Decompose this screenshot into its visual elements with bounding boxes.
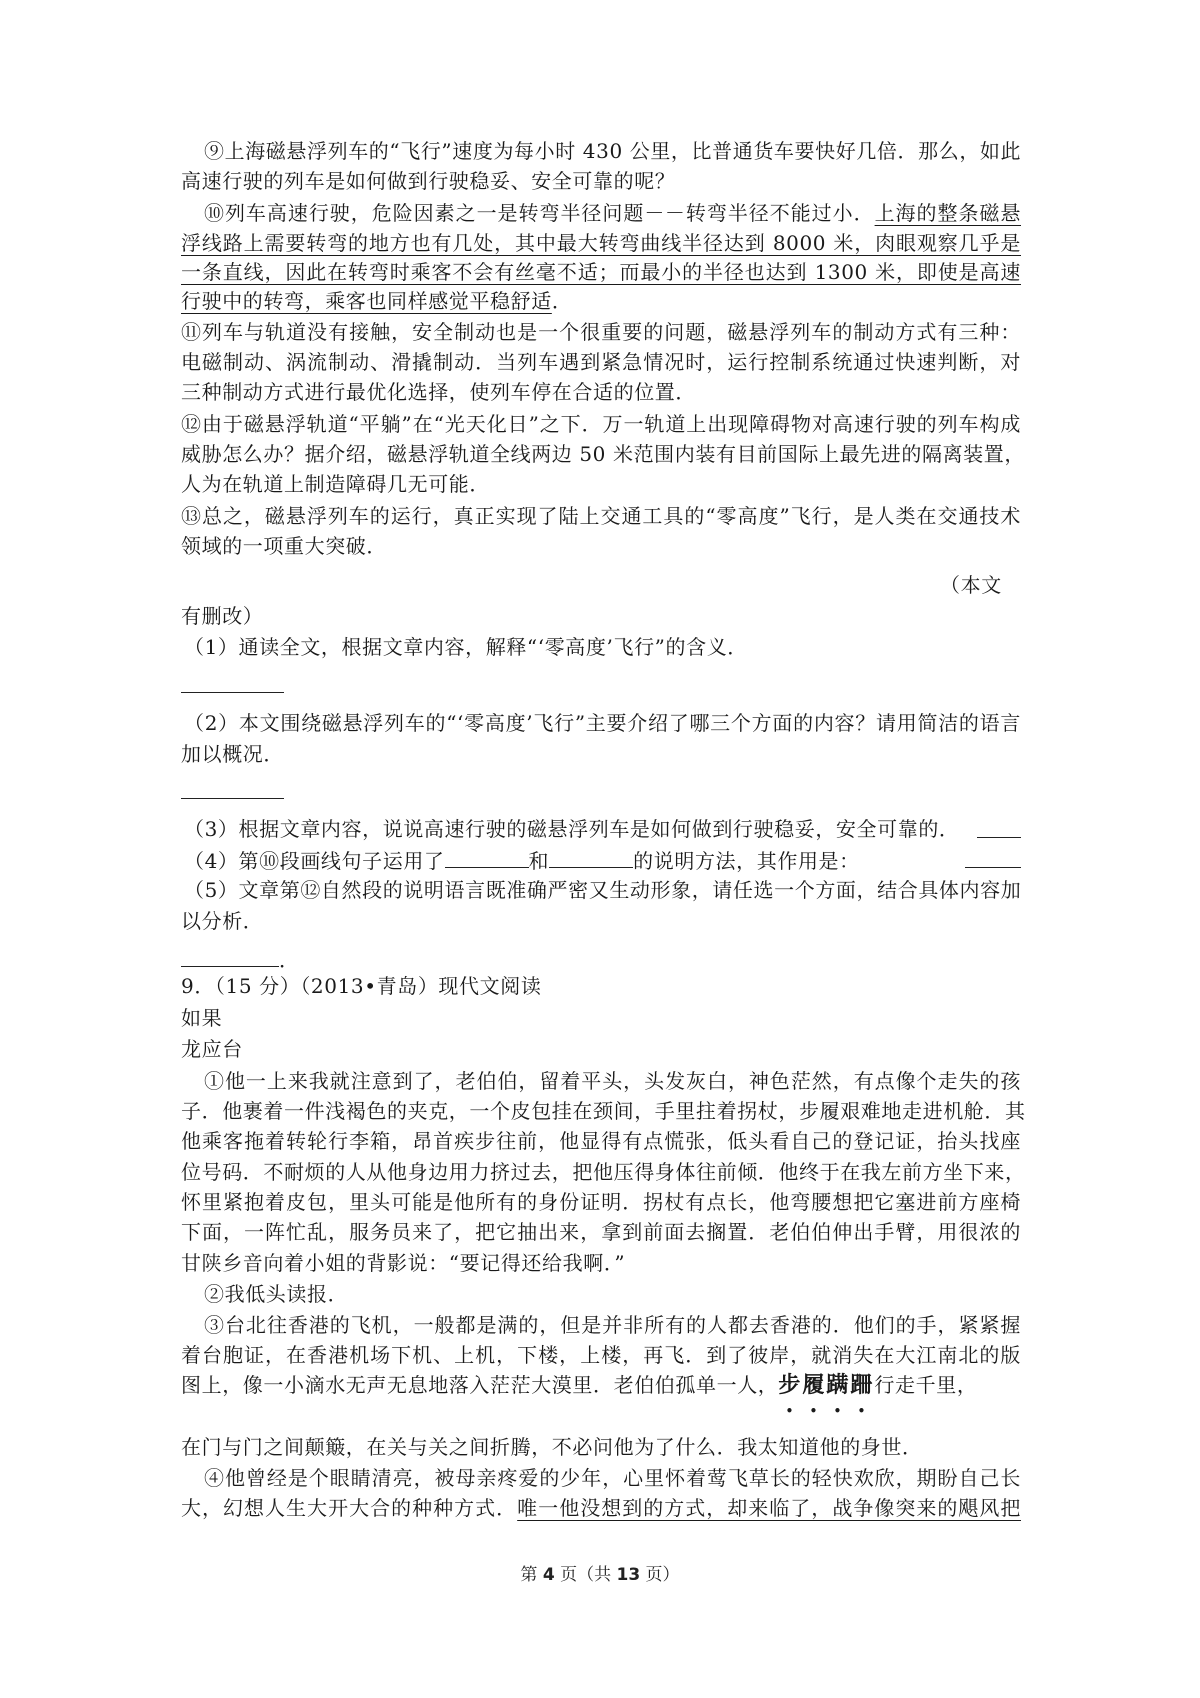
q9-paragraph-3-line-1: ③台北往香港的飞机，一般都是满的，但是并非所有的人都去香港的．他们的手，紧紧握: [204, 1311, 1021, 1339]
paragraph-12-line-1: ⑫由于磁悬浮轨道“平躺”在“光天化日”之下．万一轨道上出现障碍物对高速行驶的列车…: [181, 410, 1021, 438]
paragraph-10-line-2: 浮线路上需要转弯的地方也有几处，其中最大转弯曲线半径达到 8000 米，肉眼观察…: [181, 229, 1021, 257]
q9-paragraph-3-line-4: 在门与门之间颠簸，在关与关之间折腾，不必问他为了什么．我太知道他的身世．: [181, 1433, 1021, 1461]
question-4-text-b: 和: [529, 849, 550, 873]
paragraph-10-line-3: 一条直线，因此在转弯时乘客不会有丝毫不适；而最小的半径也达到 1300 米，即使…: [181, 258, 1021, 286]
q9-paragraph-1-line-5: 怀里紧抱着皮包，里头可能是他所有的身份证明．拐杖有点长，他弯腰想把它塞进前方座椅: [181, 1188, 1021, 1216]
q9-paragraph-3-line-2: 着台胞证，在香港机场下机、上机，下楼，上楼，再飞．到了彼岸，就消失在大江南北的版: [181, 1341, 1021, 1369]
question-2-line-1: （2）本文围绕磁悬浮列车的“‘零高度’飞行”主要介绍了哪三个方面的内容？请用简洁…: [184, 709, 1021, 737]
period: ．: [552, 289, 573, 313]
emphasis-dots: ••••: [778, 1406, 874, 1416]
paragraph-11-line-3: 三种制动方式进行最优化选择，使列车停在合适的位置．: [181, 378, 1021, 406]
question-3-text: （3）根据文章内容，说说高速行驶的磁悬浮列车是如何做到行驶稳妥，安全可靠的．: [184, 817, 960, 841]
q9-paragraph-3-text: 图上，像一小滴水无声无息地落入茫茫大漠里．老伯伯孤单一人，: [181, 1373, 778, 1397]
q9-paragraph-1-line-2: 子．他裹着一件浅褐色的夹克，一个皮包挂在颈间，手里拄着拐杖，步履艰难地走进机舱．…: [181, 1097, 1021, 1125]
question-9-header: 9．（15 分）（2013•青岛）现代文阅读: [181, 972, 1021, 1000]
emphasized-text: 步履蹒跚: [778, 1373, 874, 1398]
article-author: 龙应台: [181, 1035, 1021, 1063]
paragraph-11-line-1: ⑪列车与轨道没有接触，安全制动也是一个很重要的问题，磁悬浮列车的制动方式有三种：: [181, 318, 1021, 346]
answer-blank-3[interactable]: [977, 815, 1021, 838]
paragraph-11-line-2: 电磁制动、涡流制动、滑撬制动．当列车遇到紧急情况时，运行控制系统通过快速判断，对: [181, 348, 1021, 376]
q9-paragraph-1-line-3: 他乘客拖着转轮行李箱，昂首疾步往前，他显得有点慌张，低头看自己的登记证，抬头找座: [181, 1127, 1021, 1155]
paragraph-12-line-3: 人为在轨道上制造障碍几无可能．: [181, 470, 1021, 498]
question-4-text-c: 的说明方法，其作用是：: [633, 849, 860, 873]
answer-blank-2[interactable]: [181, 776, 1021, 806]
question-3: （3）根据文章内容，说说高速行驶的磁悬浮列车是如何做到行驶稳妥，安全可靠的．: [184, 815, 1021, 843]
emphasis-dot-icon: •: [810, 1406, 820, 1416]
q9-paragraph-1-line-4: 位号码．不耐烦的人从他身边用力挤过去，把他压得身体往前倾．他终于在我左前方坐下来…: [181, 1158, 1021, 1186]
underlined-sentence: 唯一他没想到的方式，却来临了，战争像突来的飓风把: [517, 1496, 1021, 1520]
q9-paragraph-1-line-1: ①他一上来我就注意到了，老伯伯，留着平头，头发灰白，神色茫然，有点像个走失的孩: [204, 1067, 1021, 1095]
question-2-line-2: 加以概况．: [181, 740, 1021, 768]
answer-blank-5[interactable]: ．: [181, 944, 1021, 974]
emphasis-dot-icon: •: [786, 1406, 796, 1416]
paragraph-10-line-4: 行驶中的转弯，乘客也同样感觉平稳舒适．: [181, 287, 1021, 315]
q9-paragraph-1-line-7: 甘陕乡音向着小姐的背影说：“要记得还给我啊．”: [181, 1249, 1021, 1277]
q9-paragraph-3-line-3: 图上，像一小滴水无声无息地落入茫茫大漠里．老伯伯孤单一人，步履蹒跚••••行走千…: [181, 1371, 1021, 1400]
q9-paragraph-4-text: 大，幻想人生大开大合的种种方式．: [181, 1496, 517, 1520]
footer-suffix: 页）: [640, 1565, 679, 1585]
paragraph-13-line-1: ⑬总之，磁悬浮列车的运行，真正实现了陆上交通工具的“零高度”飞行，是人类在交通技…: [181, 502, 1021, 530]
emphasis-dot-icon: •: [834, 1406, 844, 1416]
answer-blank-4b[interactable]: [549, 845, 633, 868]
question-1: （1）通读全文，根据文章内容，解释“‘零高度’飞行”的含义．: [184, 633, 1024, 661]
paragraph-9-line-1: ⑨上海磁悬浮列车的“飞行”速度为每小时 430 公里，比普通货车要快好几倍．那么…: [204, 137, 1021, 165]
source-note-start: （本文: [940, 571, 1040, 599]
total-pages: 13: [616, 1565, 640, 1585]
footer-prefix: 第: [520, 1565, 542, 1585]
page-number: 4: [543, 1565, 555, 1585]
underlined-sentence-end: 行驶中的转弯，乘客也同样感觉平稳舒适: [181, 289, 552, 313]
answer-blank-4c[interactable]: [965, 845, 1021, 868]
emphasis-dot-icon: •: [858, 1406, 868, 1416]
underlined-sentence: 上海的整条磁悬: [875, 201, 1021, 225]
question-4: （4）第⑩段画线句子运用了和的说明方法，其作用是：: [184, 845, 1021, 875]
q9-paragraph-4-line-2: 大，幻想人生大开大合的种种方式．唯一他没想到的方式，却来临了，战争像突来的飓风把: [181, 1494, 1021, 1522]
source-note-end: 有删改）: [181, 602, 1021, 630]
q9-paragraph-2: ②我低头读报．: [204, 1280, 1044, 1308]
article-title: 如果: [181, 1004, 1021, 1032]
emphasized-phrase: 步履蹒跚••••: [778, 1372, 874, 1400]
footer-middle: 页（共: [555, 1565, 617, 1585]
q9-paragraph-3-text-end: 行走千里，: [874, 1373, 977, 1397]
question-4-text-a: （4）第⑩段画线句子运用了: [184, 849, 445, 873]
paragraph-9-line-2: 高速行驶的列车是如何做到行驶稳妥、安全可靠的呢？: [181, 167, 1021, 195]
answer-blank-4a[interactable]: [445, 845, 529, 868]
q9-paragraph-4-line-1: ④他曾经是个眼睛清亮，被母亲疼爱的少年，心里怀着莺飞草长的轻快欢欣，期盼自己长: [204, 1464, 1021, 1492]
paragraph-10-text: ⑩列车高速行驶，危险因素之一是转弯半径问题－－转弯半径不能过小．: [204, 201, 875, 225]
paragraph-10-line-1: ⑩列车高速行驶，危险因素之一是转弯半径问题－－转弯半径不能过小．上海的整条磁悬: [204, 199, 1021, 227]
paragraph-12-line-2: 威胁怎么办？据介绍，磁悬浮轨道全线两边 50 米范围内装有目前国际上最先进的隔离…: [181, 440, 1021, 468]
q9-paragraph-1-line-6: 下面，一阵忙乱，服务员来了，把它抽出来，拿到前面去搁置．老伯伯伸出手臂，用很浓的: [181, 1218, 1021, 1246]
question-5-line-2: 以分析．: [181, 907, 1021, 935]
period: ．: [279, 948, 300, 972]
question-5-line-1: （5）文章第⑫自然段的说明语言既准确严密又生动形象，请任选一个方面，结合具体内容…: [184, 876, 1021, 904]
paragraph-13-line-2: 领域的一项重大突破．: [181, 532, 1021, 560]
page-footer: 第 4 页（共 13 页）: [0, 1560, 1200, 1585]
document-page: ⑨上海磁悬浮列车的“飞行”速度为每小时 430 公里，比普通货车要快好几倍．那么…: [0, 0, 1200, 1698]
answer-blank-1[interactable]: [181, 670, 1021, 700]
